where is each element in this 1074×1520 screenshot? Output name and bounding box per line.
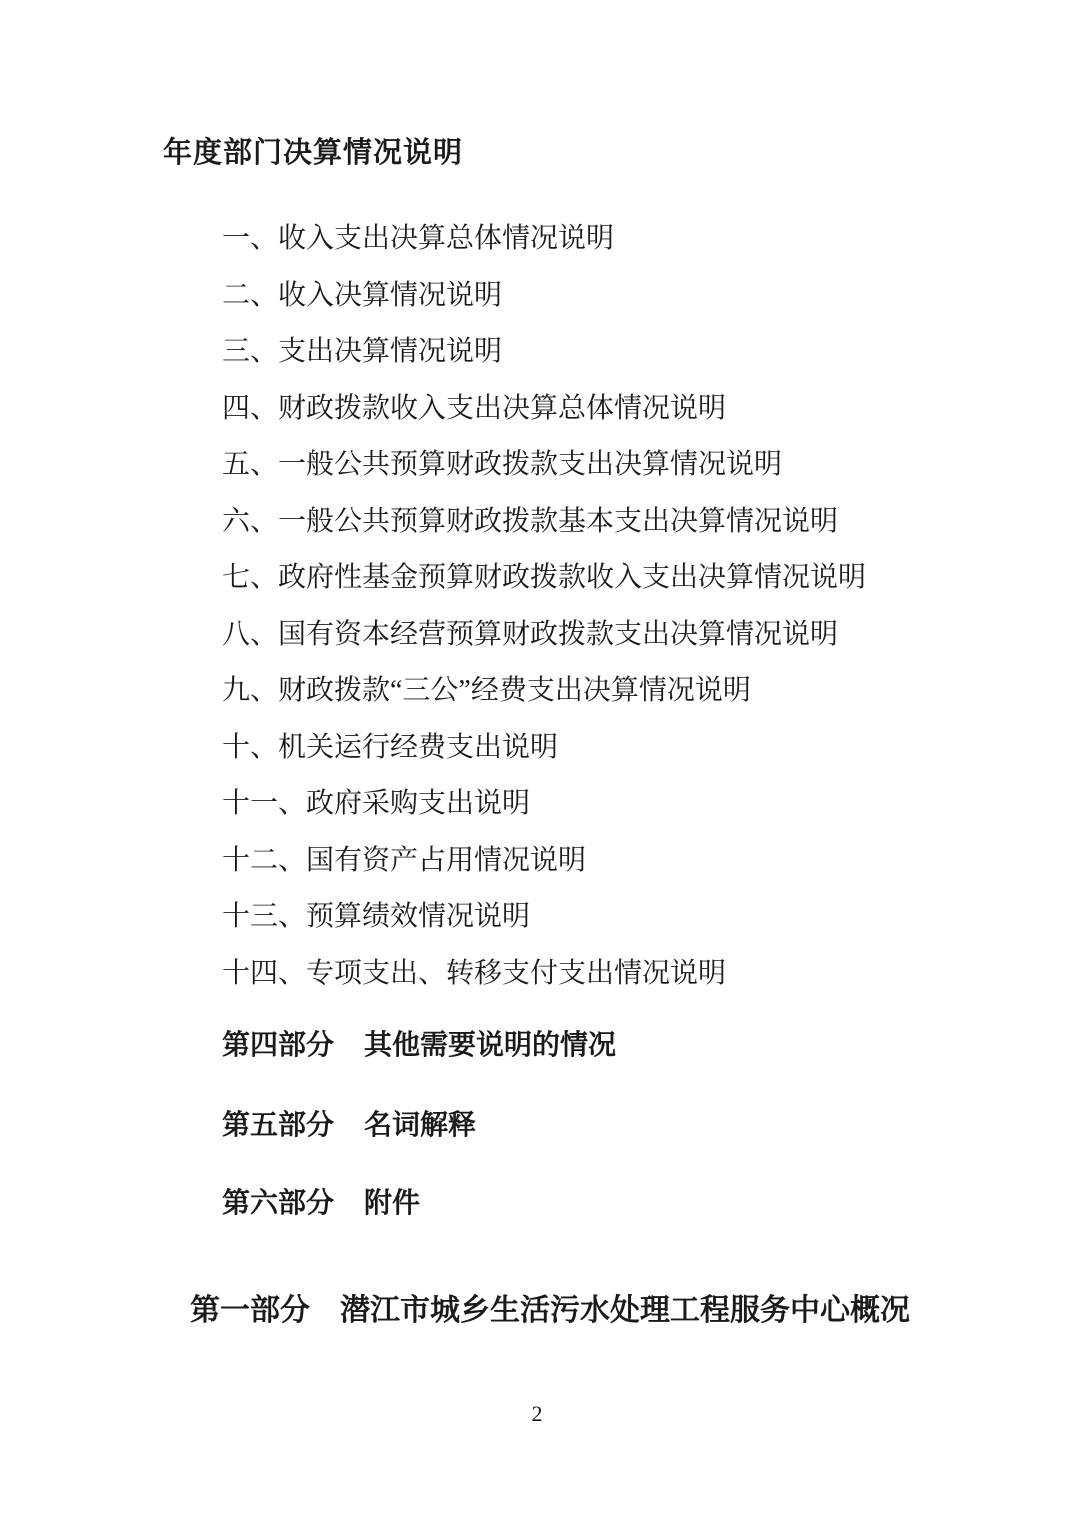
toc-item-2: 二、收入决算情况说明 xyxy=(222,268,866,325)
toc-item-7: 七、政府性基金预算财政拨款收入支出决算情况说明 xyxy=(222,550,866,607)
part-six-title: 附件 xyxy=(364,1189,420,1217)
page-number: 2 xyxy=(0,1403,1074,1425)
part-six-heading: 第六部分 附件 xyxy=(222,1189,420,1217)
part-four-heading: 第四部分 其他需要说明的情况 xyxy=(222,1031,616,1059)
part-one-label: 第一部分 xyxy=(190,1296,310,1326)
toc-item-5: 五、一般公共预算财政拨款支出决算情况说明 xyxy=(222,437,866,494)
toc-item-6: 六、一般公共预算财政拨款基本支出决算情况说明 xyxy=(222,494,866,551)
part-five-heading: 第五部分 名词解释 xyxy=(222,1111,476,1139)
part-five-label: 第五部分 xyxy=(222,1111,334,1139)
toc-item-14: 十四、专项支出、转移支付支出情况说明 xyxy=(222,946,866,1003)
toc-item-1: 一、收入支出决算总体情况说明 xyxy=(222,211,866,268)
toc-item-13: 十三、预算绩效情况说明 xyxy=(222,889,866,946)
toc-item-9: 九、财政拨款“三公”经费支出决算情况说明 xyxy=(222,663,866,720)
part-four-label: 第四部分 xyxy=(222,1031,334,1059)
part-six-label: 第六部分 xyxy=(222,1189,334,1217)
part-four-title: 其他需要说明的情况 xyxy=(364,1031,616,1059)
toc-item-4: 四、财政拨款收入支出决算总体情况说明 xyxy=(222,381,866,438)
notes-section-heading: 年度部门决算情况说明 xyxy=(163,139,463,168)
part-one-heading: 第一部分 潜江市城乡生活污水处理工程服务中心概况 xyxy=(190,1296,910,1326)
toc-item-3: 三、支出决算情况说明 xyxy=(222,324,866,381)
notes-toc-list: 一、收入支出决算总体情况说明 二、收入决算情况说明 三、支出决算情况说明 四、财… xyxy=(222,211,866,1002)
toc-item-8: 八、国有资本经营预算财政拨款支出决算情况说明 xyxy=(222,607,866,664)
part-five-title: 名词解释 xyxy=(364,1111,476,1139)
toc-item-10: 十、机关运行经费支出说明 xyxy=(222,720,866,777)
toc-item-11: 十一、政府采购支出说明 xyxy=(222,776,866,833)
toc-item-12: 十二、国有资产占用情况说明 xyxy=(222,833,866,890)
part-one-title: 潜江市城乡生活污水处理工程服务中心概况 xyxy=(340,1296,910,1326)
document-page: 年度部门决算情况说明 一、收入支出决算总体情况说明 二、收入决算情况说明 三、支… xyxy=(0,0,1074,1520)
